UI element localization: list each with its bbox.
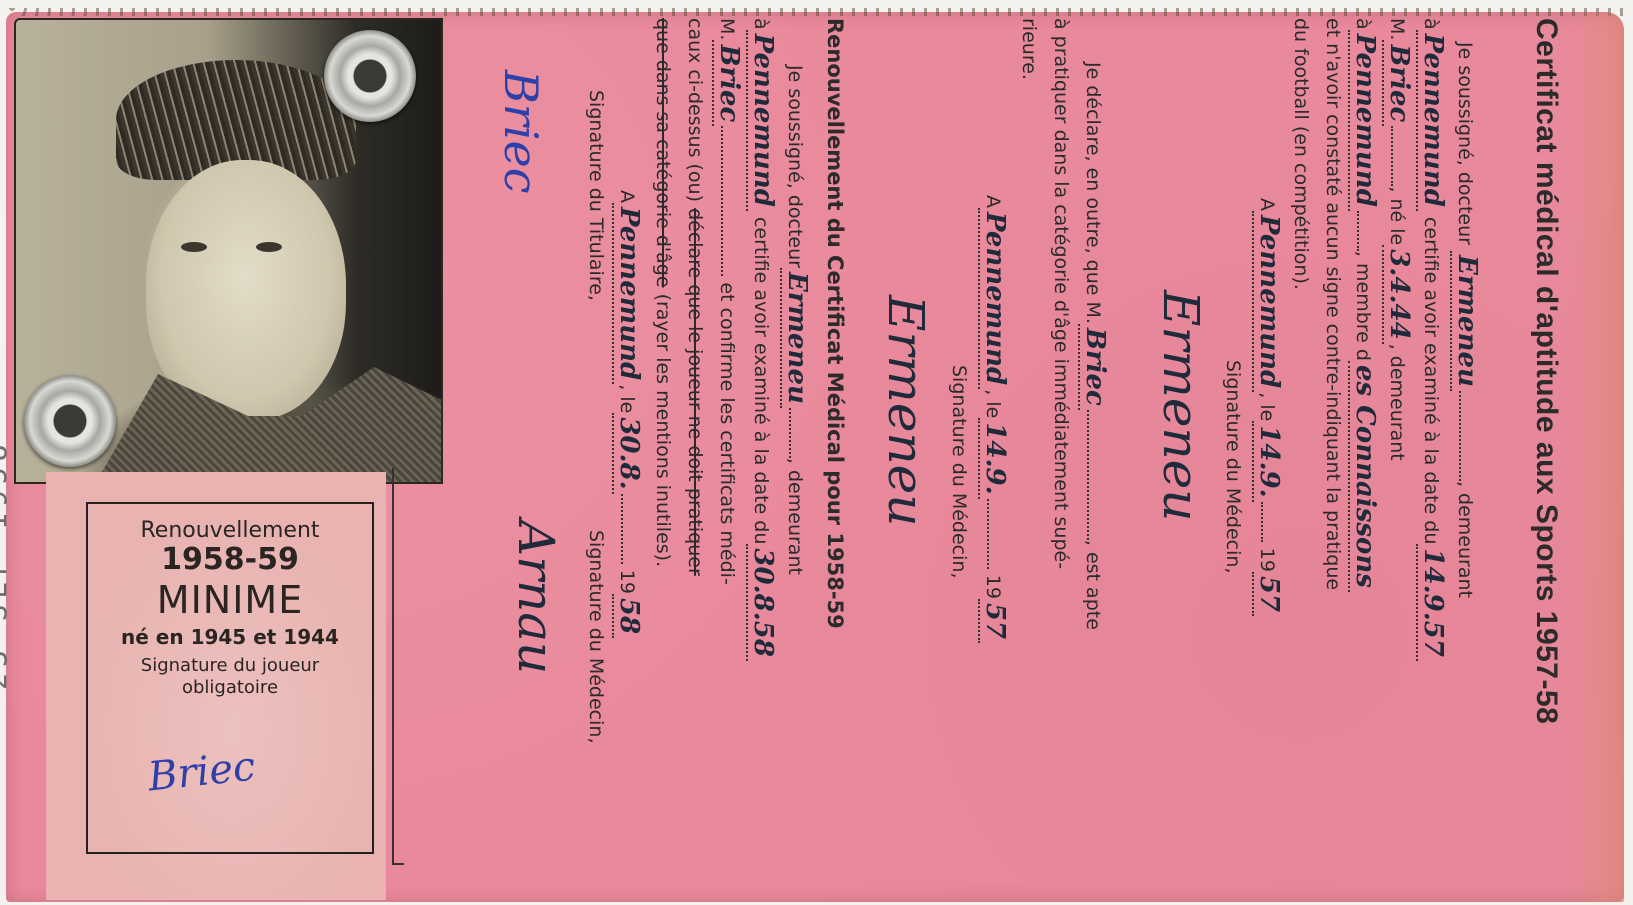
decl-place-date: APennemund, le14.9. 1957 — [982, 195, 1006, 643]
cert-line-2: àPennemund certifie avoir examiné à la d… — [1420, 18, 1444, 661]
cert-place-date: APennemund, le14.9. 1957 — [1256, 198, 1280, 616]
player-name-field: Briec — [1382, 40, 1414, 126]
decl-place-field: Pennemund — [978, 208, 1010, 389]
decl-line-3: rieure. — [1018, 18, 1040, 80]
doctor-signature: Ermeneu — [1152, 290, 1210, 521]
decl-line-2: à pratiquer dans la catégorie d'âge immé… — [1050, 18, 1072, 569]
decl-player-name-field: Briec — [1078, 324, 1110, 410]
stamp-birth-years: né en 1945 et 1944 — [88, 625, 372, 649]
rivet-icon — [24, 375, 116, 467]
renewal-stamp: Renouvellement 1958-59 MINIME né en 1945… — [46, 472, 386, 900]
cert-year-field: 57 — [1252, 572, 1284, 616]
player-city-field: Pennemund — [1348, 30, 1380, 211]
cert-date-field: 14.9. — [1252, 421, 1284, 501]
renewal-place-field: Pennemund — [612, 203, 644, 384]
renewal-line-3: M.Briec et confirme les certificats médi… — [716, 18, 740, 585]
decl-date-field: 14.9. — [978, 418, 1010, 498]
photo-eye-left — [181, 242, 207, 252]
doctor-city-field: Pennemund — [1416, 30, 1448, 211]
renewal-line-5: que dans sa catégorie d'âge (rayer les m… — [652, 18, 674, 567]
stamp-frame: Renouvellement 1958-59 MINIME né en 1945… — [86, 502, 374, 854]
struck-text: que dans sa catégorie d'âge — [652, 18, 674, 288]
renewal-line-4: caux ci-dessus (ou) déclare que le joueu… — [684, 18, 706, 576]
renewal-player-name-field: Briec — [712, 40, 744, 126]
cert-line-4: àPennemund, membre des Connaissons — [1352, 18, 1376, 592]
exam-date-field: 14.9.57 — [1416, 544, 1448, 661]
cert-signature-label: Signature du Médecin, — [1222, 360, 1244, 573]
renewal-date-field: 30.8. — [612, 413, 644, 493]
stamp-border-line — [392, 468, 404, 865]
cert-line-1: Je soussigné, docteur Ermeneu, demeurant — [1454, 42, 1478, 598]
cert-line-3: M.Briec, né le3.4.44, demeurant — [1386, 18, 1410, 461]
photo-eye-right — [256, 242, 282, 252]
postmark-date: 23 SEP 1958 — [0, 439, 13, 690]
birth-date-field: 3.4.44 — [1382, 245, 1414, 343]
renewal-doctor-city-field: Pennemund — [746, 30, 778, 211]
stamp-category: MINIME — [88, 577, 372, 623]
document-title: Certificat médical d'aptitude aux Sports… — [1535, 18, 1557, 724]
club-field: es Connaissons — [1348, 361, 1380, 592]
photo-face — [146, 160, 346, 420]
renewal-doctor-name-field: Ermeneu — [780, 268, 812, 408]
stamp-season: 1958-59 — [88, 543, 372, 577]
cert-place-field: Pennemund — [1252, 211, 1284, 392]
stamp-title: Renouvellement — [88, 518, 372, 543]
cert-line-6: du football (en compétition). — [1290, 18, 1312, 290]
decl-line-1: Je déclare, en outre, que M.Briec, est a… — [1082, 62, 1106, 630]
renewal-line-1: Je soussigné, docteurErmeneu, demeurant — [784, 65, 808, 575]
stamp-signature-label: Signature du joueur obligatoire — [88, 655, 372, 699]
cert-line-5: et n'avoir constaté aucun signe contre-i… — [1322, 18, 1344, 590]
rivet-icon — [324, 30, 416, 122]
decl-year-field: 57 — [978, 599, 1010, 643]
renewal-exam-date-field: 30.8.58 — [746, 544, 778, 661]
doctor-name-field: Ermeneu — [1450, 251, 1482, 391]
renewal-line-2: àPennemund certifie avoir examiné à la d… — [750, 18, 774, 661]
struck-text: déclare que le joueur ne doit pratiquer — [684, 208, 706, 576]
renewal-place-date: APennemund, le30.8. 1958 — [616, 190, 640, 638]
renewal-heading: Renouvellement du Certificat Médical pou… — [824, 18, 846, 629]
decl-signature-label: Signature du Médecin, — [948, 365, 970, 578]
card-edge-wear — [1564, 12, 1624, 902]
renewal-doctor-signature: Arnau — [507, 520, 565, 674]
renewal-signature-label: Signature du Médecin, — [585, 530, 607, 743]
holder-signature-label: Signature du Titulaire, — [585, 90, 607, 301]
holder-signature: Briec — [494, 70, 548, 194]
renewal-year-field: 58 — [612, 594, 644, 638]
player-signature-stamp: Briec — [146, 744, 258, 801]
decl-doctor-signature: Ermeneu — [877, 295, 935, 526]
